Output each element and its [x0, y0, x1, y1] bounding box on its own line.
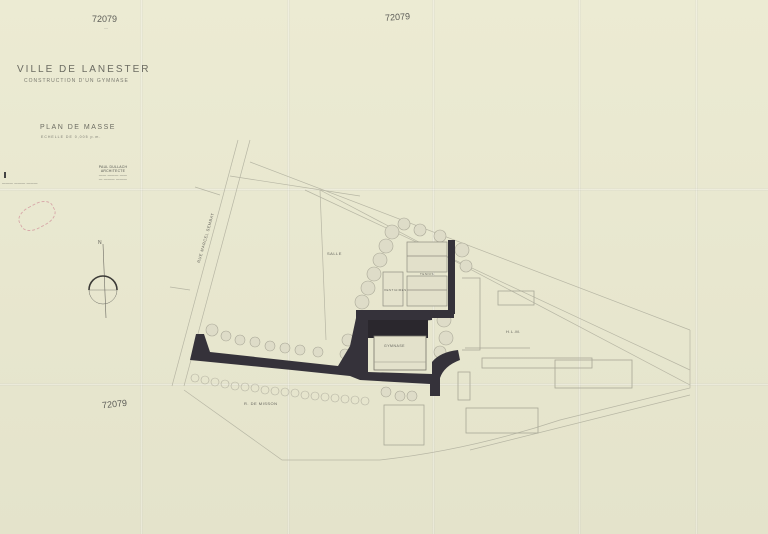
- label-plot-salle: SALLE: [327, 251, 342, 256]
- reference-sub-top-left: —: [104, 25, 108, 30]
- label-tennis: TENNIS: [420, 272, 434, 276]
- edge-mark: [4, 172, 6, 178]
- label-vestiaires: VESTIAIRES: [384, 288, 407, 292]
- city-title: VILLE DE LANESTER: [17, 64, 150, 75]
- label-hlm: H.L.M.: [506, 329, 521, 334]
- project-title: CONSTRUCTION D'UN GYMNASE: [24, 78, 129, 84]
- label-road-bottom: R. DE MISSON: [244, 401, 278, 406]
- label-gymnase: GYMNASE: [384, 344, 405, 348]
- north-arrow-compass: [89, 244, 117, 318]
- reference-number-top-center: 72079: [385, 11, 411, 23]
- sheet-title: PLAN DE MASSE: [40, 124, 116, 131]
- label-north: N: [98, 240, 102, 246]
- reference-number-top-left: 72079: [92, 14, 117, 24]
- scale-note: ECHELLE DE 0,005 p.m.: [41, 135, 101, 139]
- plan-sheet: 72079 — 72079 72079 VILLE DE LANESTER CO…: [0, 0, 768, 534]
- architect-line-4: — ——— ———: [98, 177, 128, 181]
- architect-block: PAUL DULLACH ARCHITECTE —— ——— —— — ——— …: [98, 165, 128, 181]
- tree-row-south: [191, 374, 369, 405]
- bottom-note: ——— ——— ———: [2, 181, 38, 185]
